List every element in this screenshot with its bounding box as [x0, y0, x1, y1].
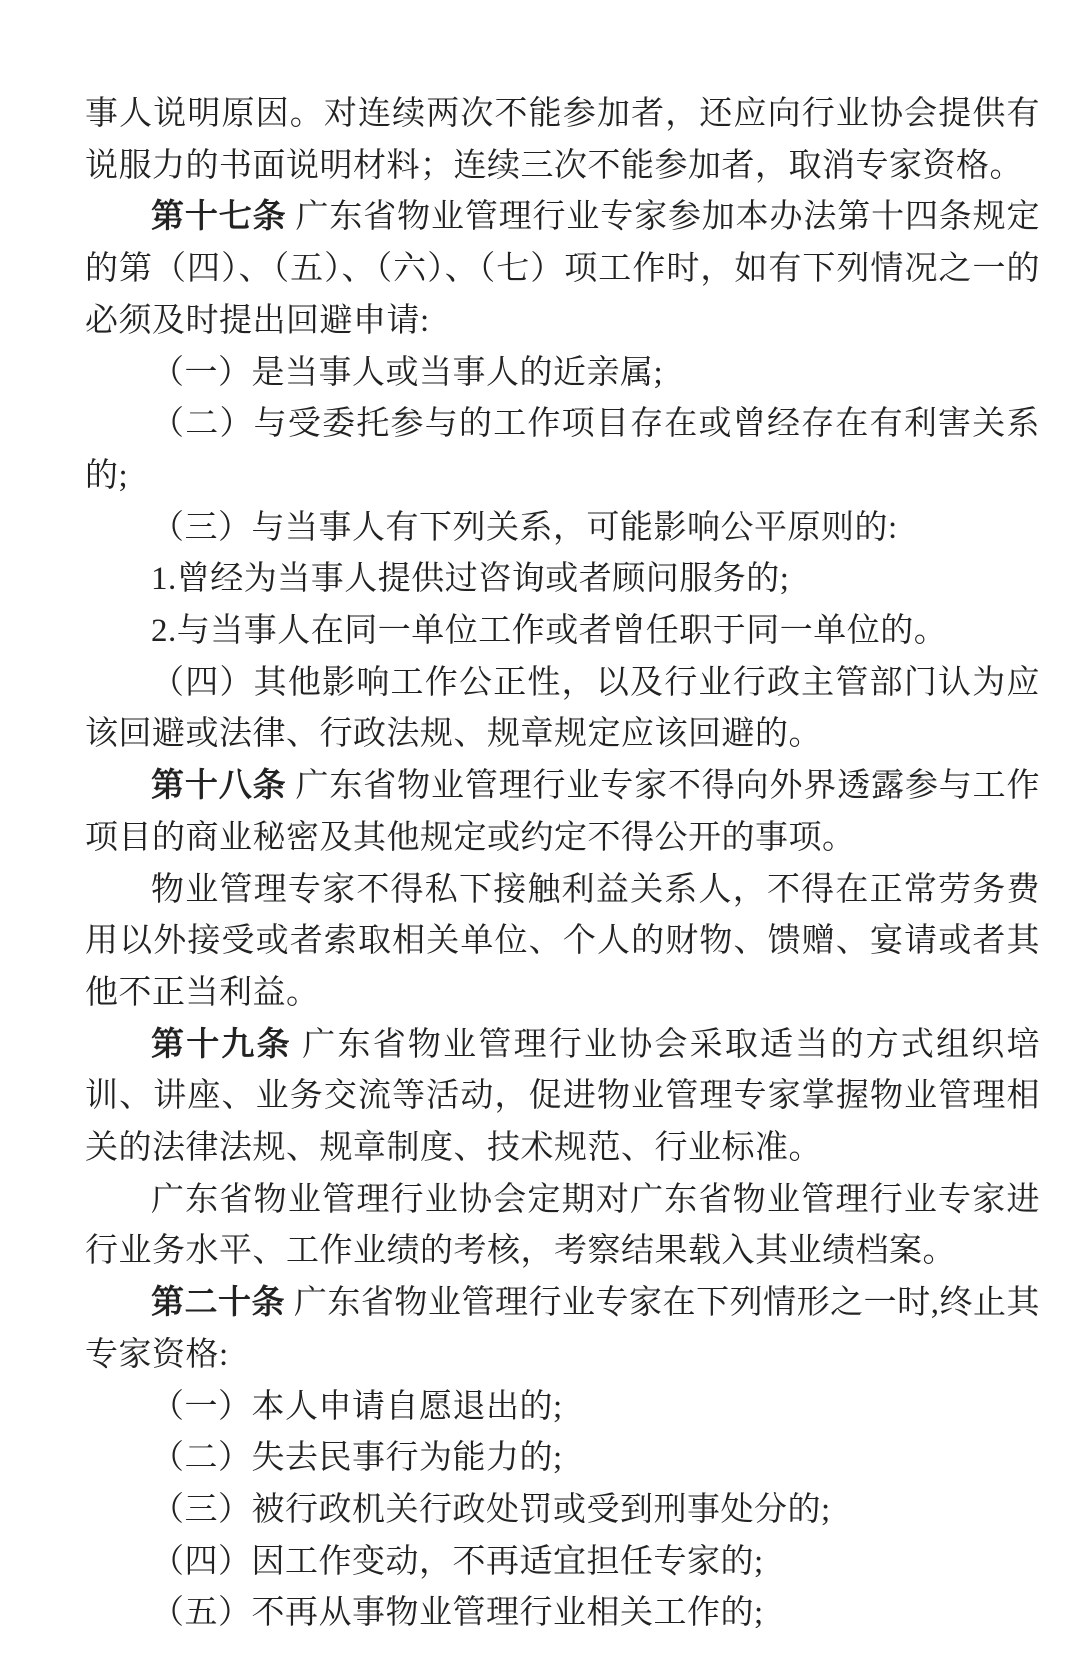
- paragraph: （三）与当事人有下列关系，可能影响公平原则的:: [85, 503, 1040, 555]
- paragraph: 广东省物业管理行业协会定期对广东省物业管理行业专家进行业务水平、工作业绩的考核，…: [85, 1175, 1040, 1278]
- article-number: 第十七条: [151, 199, 286, 235]
- paragraph: 2.与当事人在同一单位工作或者曾任职于同一单位的。: [85, 606, 1040, 658]
- paragraph: 物业管理专家不得私下接触利益关系人，不得在正常劳务费用以外接受或者索取相关单位、…: [85, 865, 1040, 1020]
- paragraph: 第十九条 广东省物业管理行业协会采取适当的方式组织培训、讲座、业务交流等活动，促…: [85, 1020, 1040, 1175]
- paragraph: 第二十条 广东省物业管理行业专家在下列情形之一时,终止其专家资格:: [85, 1278, 1040, 1381]
- article-number: 第十八条: [151, 768, 286, 804]
- paragraph: （一）是当事人或当事人的近亲属;: [85, 348, 1040, 400]
- paragraph: （五）不再从事物业管理行业相关工作的;: [85, 1588, 1040, 1640]
- document-body: 事人说明原因。对连续两次不能参加者，还应向行业协会提供有说服力的书面说明材料；连…: [85, 89, 1040, 1640]
- paragraph: （二）与受委托参与的工作项目存在或曾经存在有利害关系的;: [85, 399, 1040, 502]
- paragraph: （四）其他影响工作公正性，以及行业行政主管部门认为应该回避或法律、行政法规、规章…: [85, 658, 1040, 761]
- article-number: 第二十条: [151, 1285, 285, 1321]
- paragraph: 事人说明原因。对连续两次不能参加者，还应向行业协会提供有说服力的书面说明材料；连…: [85, 89, 1040, 192]
- paragraph: （三）被行政机关行政处罚或受到刑事处分的;: [85, 1485, 1040, 1537]
- paragraph: （二）失去民事行为能力的;: [85, 1433, 1040, 1485]
- paragraph: （四）因工作变动，不再适宜担任专家的;: [85, 1537, 1040, 1589]
- paragraph: （一）本人申请自愿退出的;: [85, 1382, 1040, 1434]
- paragraph: 第十七条 广东省物业管理行业专家参加本办法第十四条规定的第（四）、（五）、（六）…: [85, 192, 1040, 347]
- paragraph: 1.曾经为当事人提供过咨询或者顾问服务的;: [85, 554, 1040, 606]
- paragraph: 第十八条 广东省物业管理行业专家不得向外界透露参与工作项目的商业秘密及其他规定或…: [85, 761, 1040, 864]
- article-number: 第十九条: [151, 1027, 292, 1063]
- document-page: 事人说明原因。对连续两次不能参加者，还应向行业协会提供有说服力的书面说明材料；连…: [0, 0, 1080, 1661]
